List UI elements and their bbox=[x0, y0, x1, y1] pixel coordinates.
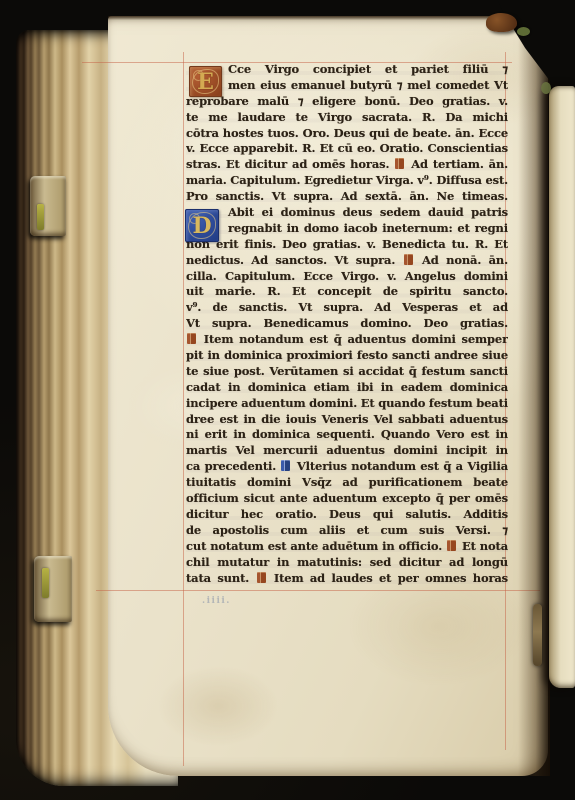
text-line: cilla. Capitulum. Ecce Virgo. v. Angelus… bbox=[186, 269, 508, 285]
text-line: te siue post. Verūtamen si accidat q̄ fe… bbox=[186, 364, 508, 380]
text-line: ca precedenti. Vlterius notandum est q̄ … bbox=[186, 459, 508, 475]
text-line: reprobare malū ⁊ eligere bonū. Deo grati… bbox=[186, 94, 508, 110]
tab-metal-glint bbox=[37, 204, 44, 230]
text-line: Item notandum est q̄ aduentus domini sem… bbox=[186, 332, 508, 348]
green-speck bbox=[541, 82, 551, 94]
green-speck bbox=[517, 27, 530, 36]
paragraph-mark-red bbox=[404, 254, 413, 265]
text-line: nedictus. Ad sanctos. Vt supra. Ad nonā.… bbox=[186, 253, 508, 269]
paragraph-mark-blue bbox=[281, 460, 290, 471]
text-line: maria. Capitulum. Egredietur Virga. v⁹. … bbox=[186, 173, 508, 189]
text-line: Cce Virgo concipiet et pariet filiū ⁊ Vo… bbox=[186, 62, 508, 78]
text-line: officium sicut ante aduentum excepto q̄ … bbox=[186, 491, 508, 507]
text-line: dicitur hec oratio. Deus qui salutis. Ad… bbox=[186, 507, 508, 523]
text-line: stras. Et dicitur ad omēs horas. Ad tert… bbox=[186, 157, 508, 173]
text-line: regnabit in domo iacob ineternum: et reg… bbox=[186, 221, 508, 237]
text-line: non erit finis. Deo gratias. v. Benedict… bbox=[186, 237, 508, 253]
initial-letter: E bbox=[197, 69, 214, 95]
text-line: v⁹. de sanctis. Vt supra. Ad Vesperas et… bbox=[186, 300, 508, 316]
text-line: cōtra hostes tuos. Oro. Deus qui de beat… bbox=[186, 126, 508, 142]
text-line: tata sunt. Item ad laudes et per omnes h… bbox=[186, 571, 508, 587]
text-block: E D .iiii. Cce Virgo concipiet et pariet… bbox=[186, 62, 508, 592]
page-top-edge bbox=[108, 16, 544, 20]
text-line: men eius emanuel butyrū ⁊ mel comedet Vt… bbox=[186, 78, 508, 94]
text-line: incipere aduentum domini. Et quando fest… bbox=[186, 396, 508, 412]
page-marker-tab-upper bbox=[30, 176, 66, 236]
ruling-line-left bbox=[183, 52, 184, 766]
photo-background: E D .iiii. Cce Virgo concipiet et pariet… bbox=[0, 0, 575, 800]
paragraph-mark-red bbox=[257, 572, 266, 583]
text-line: cadat in dominica etiam ibi in eadem dom… bbox=[186, 380, 508, 396]
gutter-cord bbox=[533, 604, 542, 666]
initial-letter: D bbox=[192, 213, 211, 239]
show-through-mark: .iiii. bbox=[202, 596, 231, 606]
text-line: de apostolis cum aliis et cum suis Versi… bbox=[186, 523, 508, 539]
tab-metal-glint bbox=[42, 568, 49, 598]
text-line: dree est in die iouis Veneris Vel sabbat… bbox=[186, 412, 508, 428]
text-line: uit marie. R. Et concepit de spiritu san… bbox=[186, 284, 508, 300]
text-line: tiuitatis domini Vsq̄z ad purificationem… bbox=[186, 475, 508, 491]
text-line: te me laudare te Virgo sacrata. R. Da mi… bbox=[186, 110, 508, 126]
paragraph-mark-red bbox=[187, 333, 196, 344]
text-line: pit in dominica proximiori festo sancti … bbox=[186, 348, 508, 364]
text-line: Vt supra. Benedicamus domino. Deo gratia… bbox=[186, 316, 508, 332]
text-line: v. Ecce apparebit. R. Et cū eo. Oratio. … bbox=[186, 141, 508, 157]
facing-page-edge bbox=[549, 86, 575, 688]
text-line: chil mutatur in matutinis: sed dicitur a… bbox=[186, 555, 508, 571]
debris-spot bbox=[486, 13, 517, 32]
text-line: cut notatum est ante aduētum in officio.… bbox=[186, 539, 508, 555]
paragraph-mark-red bbox=[447, 540, 456, 551]
text-line: ni erit in dominica sequenti. Quando Ver… bbox=[186, 427, 508, 443]
paragraph-mark-red bbox=[395, 158, 404, 169]
text-line: Pro sanctis. Vt supra. Ad sextā. ān. Ne … bbox=[186, 189, 508, 205]
illuminated-initial-d: D bbox=[185, 209, 219, 242]
text-line: Abit ei dominus deus sedem dauid patris … bbox=[186, 205, 508, 221]
illuminated-initial-e: E bbox=[189, 66, 222, 97]
page-marker-tab-lower bbox=[34, 556, 72, 622]
text-line: martis Vel mercurii aduentus domini inci… bbox=[186, 443, 508, 459]
